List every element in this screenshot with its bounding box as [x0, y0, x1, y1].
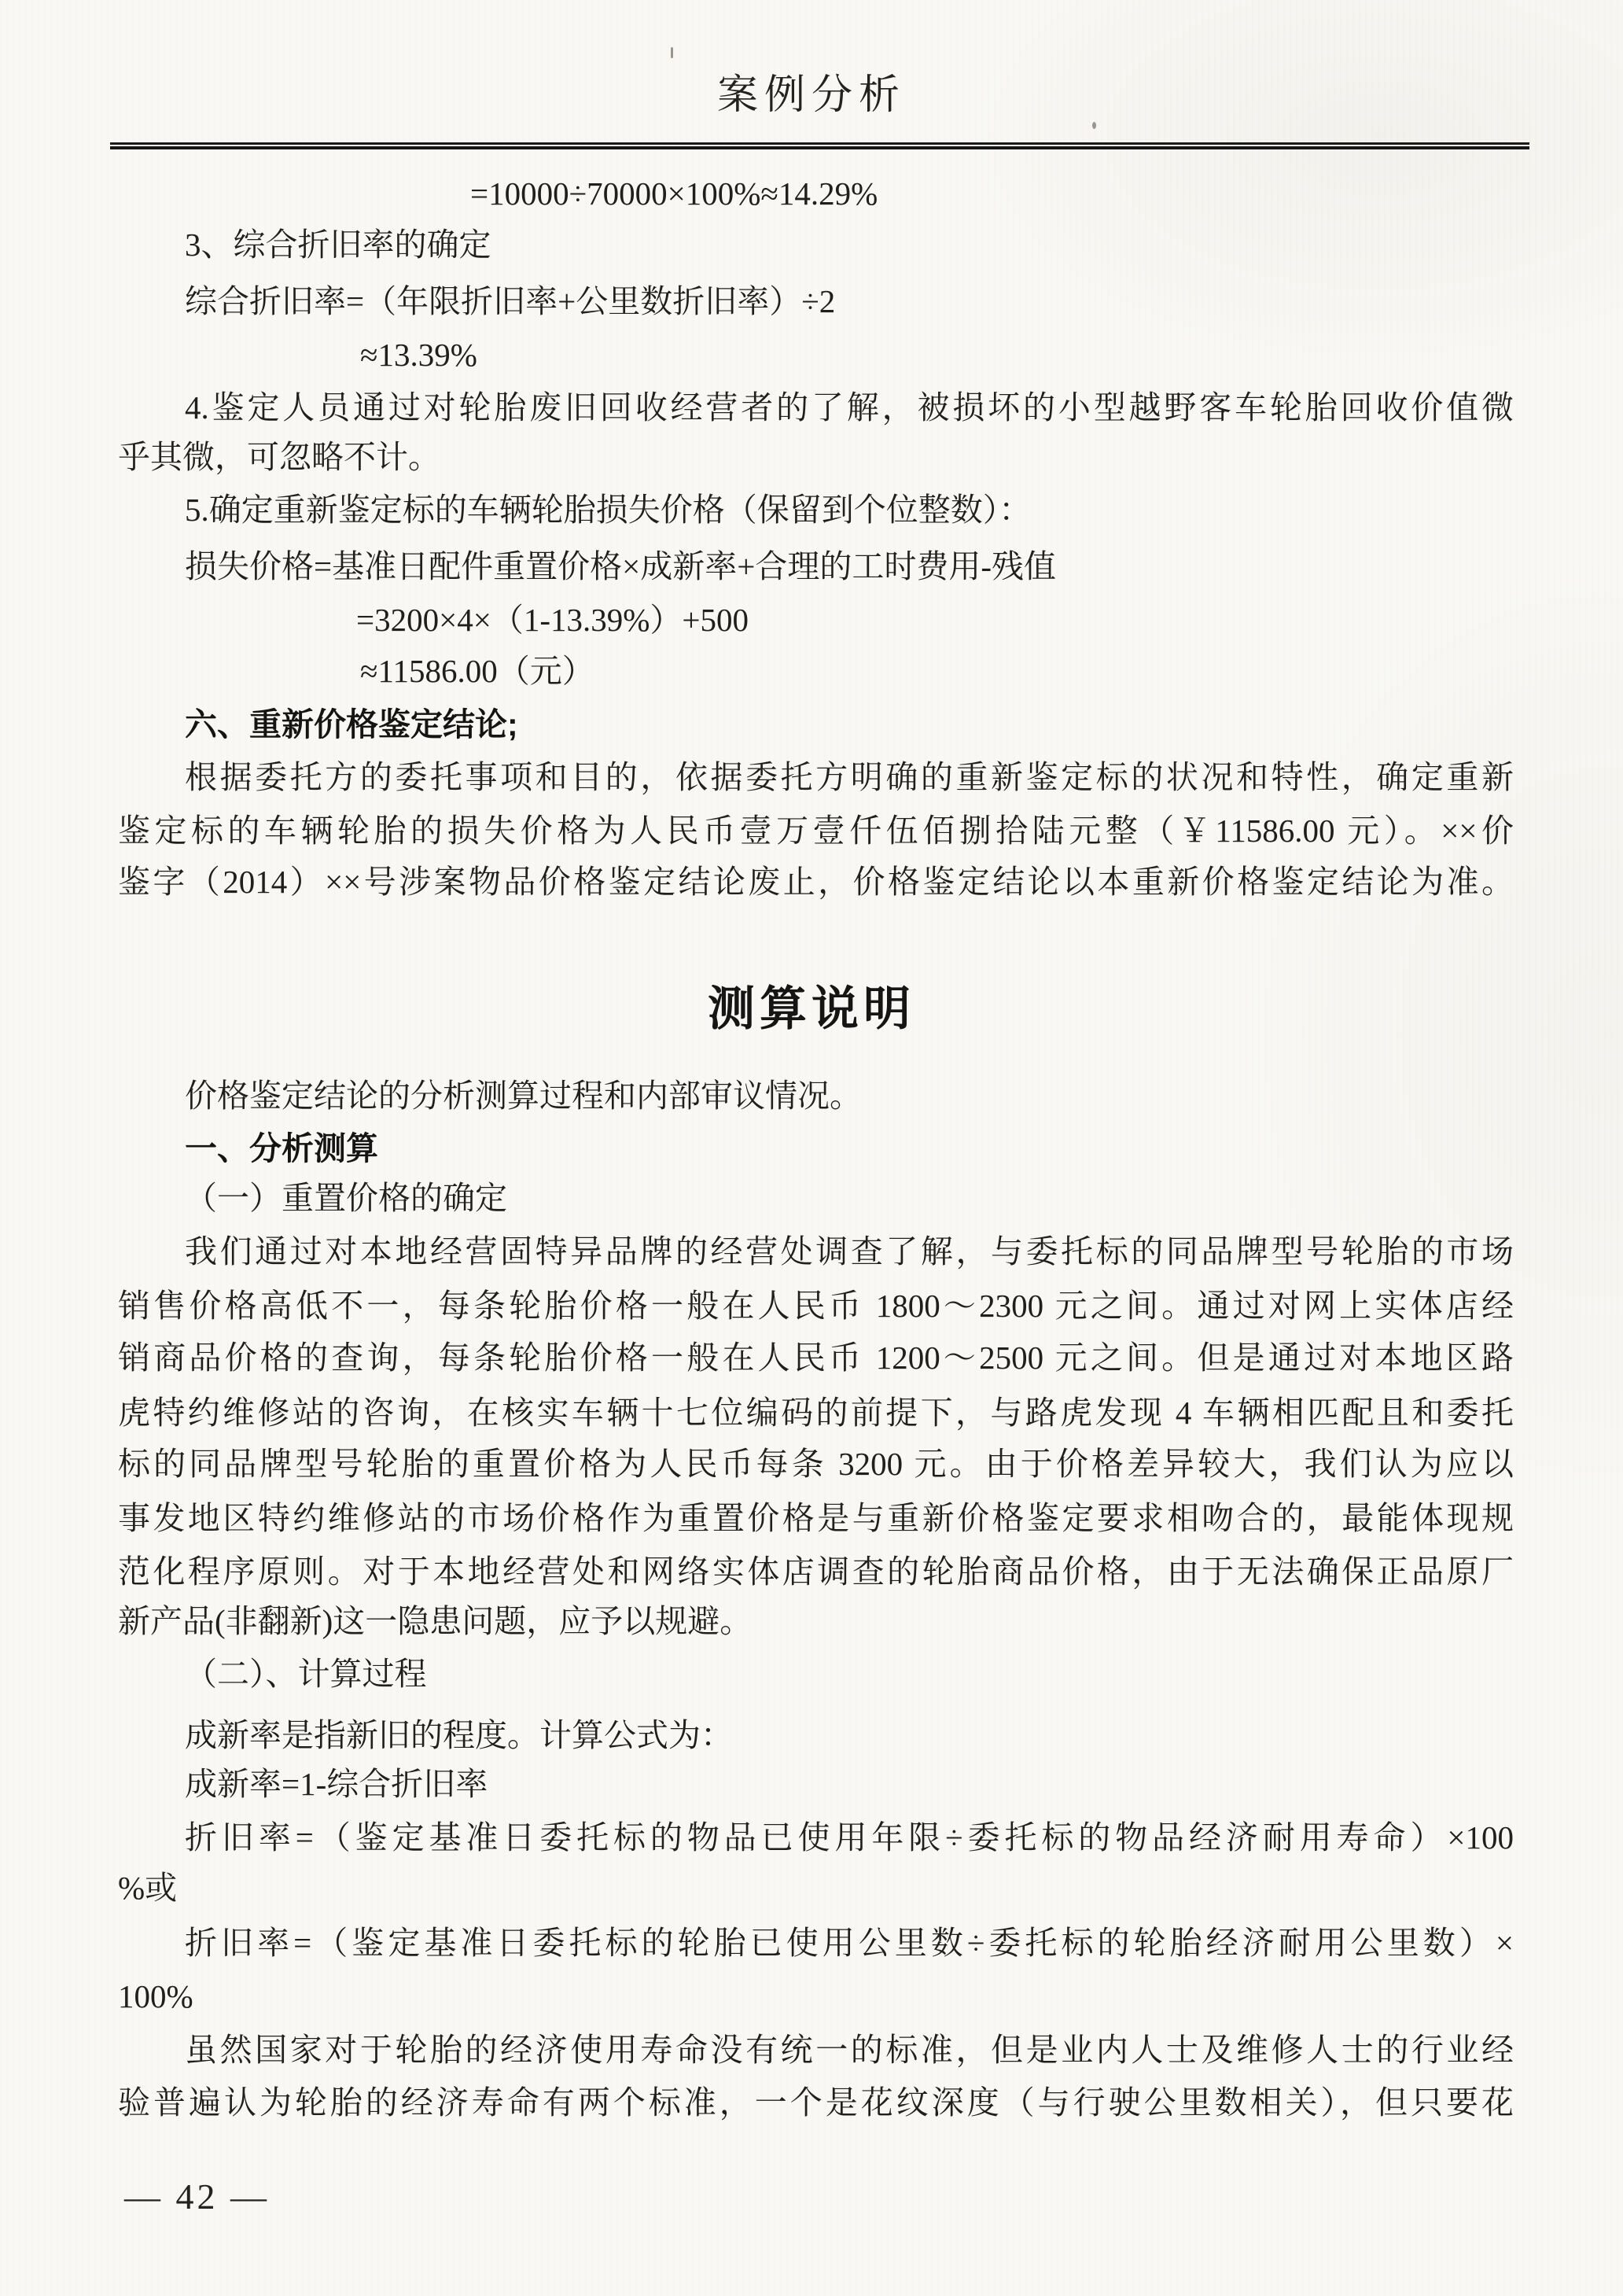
paragraph-line: 鉴定标的车辆轮胎的损失价格为人民币壹万壹仟伍佰捌拾陆元整（￥11586.00 元…	[118, 812, 1514, 851]
formula-line: 折旧率=（鉴定基准日委托标的物品已使用年限÷委托标的物品经济耐用寿命）×100	[185, 1819, 1514, 1858]
paragraph-line: 事发地区特约维修站的市场价格作为重置价格是与重新价格鉴定要求相吻合的，最能体现规	[118, 1499, 1514, 1539]
paragraph-line: 销商品价格的查询，每条轮胎价格一般在人民币 1200～2500 元之间。但是通过…	[118, 1339, 1514, 1378]
paragraph-line: 我们通过对本地经营固特异品牌的经营处调查了解，与委托标的同品牌型号轮胎的市场	[185, 1233, 1514, 1272]
scan-speck	[1092, 122, 1096, 129]
paragraph-line: 验普遍认为轮胎的经济寿命有两个标准，一个是花纹深度（与行驶公里数相关），但只要花	[118, 2084, 1514, 2123]
paragraph-line: 销售价格高低不一，每条轮胎价格一般在人民币 1800～2300 元之间。通过对网…	[118, 1287, 1514, 1326]
paragraph-line: 价格鉴定结论的分析测算过程和内部审议情况。	[185, 1077, 862, 1115]
paragraph-line: 成新率是指新旧的程度。计算公式为：	[185, 1716, 733, 1754]
subsection-heading: （二）、计算过程	[185, 1655, 427, 1693]
paragraph-line: 乎其微，可忽略不计。	[118, 438, 440, 476]
formula-line: 损失价格=基准日配件重置价格×成新率+合理的工时费用-残值	[185, 547, 1056, 585]
paragraph-line: 鉴字（2014）××号涉案物品价格鉴定结论废止，价格鉴定结论以本重新价格鉴定结论…	[118, 863, 1514, 902]
subsection-heading: （一）重置价格的确定	[185, 1179, 507, 1217]
formula-line: =10000÷70000×100%≈14.29%	[470, 175, 878, 212]
formula-line: 成新率=1-综合折旧率	[185, 1765, 488, 1803]
scan-speck	[671, 47, 673, 58]
formula-line: %或	[118, 1869, 177, 1907]
paragraph-line: 虽然国家对于轮胎的经济使用寿命没有统一的标准，但是业内人士及维修人士的行业经	[185, 2031, 1514, 2070]
document-page: 案例分析 =10000÷70000×100%≈14.29% 3、综合折旧率的确定…	[0, 0, 1623, 2296]
formula-line: ≈11586.00（元）	[360, 652, 594, 690]
section-heading-conclusion: 六、重新价格鉴定结论;	[185, 706, 518, 743]
paragraph-line: 范化程序原则。对于本地经营处和网络实体店调查的轮胎商品价格，由于无法确保正品原厂	[118, 1553, 1514, 1592]
paragraph-line: 4.鉴定人员通过对轮胎废旧回收经营者的了解，被损坏的小型越野客车轮胎回收价值微	[185, 389, 1514, 428]
list-item-heading: 3、综合折旧率的确定	[185, 226, 491, 264]
page-number: — 42 —	[124, 2176, 270, 2217]
page-header-title: 案例分析	[0, 72, 1623, 120]
formula-line: 综合折旧率=（年限折旧率+公里数折旧率）÷2	[185, 282, 835, 320]
doc-title-calculation-notes: 测算说明	[0, 982, 1623, 1037]
header-rule	[110, 142, 1529, 149]
paragraph-line: 根据委托方的委托事项和目的，依据委托方明确的重新鉴定标的状况和特性，确定重新	[185, 758, 1514, 798]
section-heading-analysis: 一、分析测算	[185, 1130, 378, 1167]
formula-line: 折旧率=（鉴定基准日委托标的轮胎已使用公里数÷委托标的轮胎经济耐用公里数）×	[185, 1924, 1514, 1963]
formula-line: =3200×4×（1-13.39%）+500	[356, 601, 749, 639]
paragraph-line: 新产品(非翻新)这一隐患问题，应予以规避。	[118, 1602, 752, 1640]
list-item-heading: 5.确定重新鉴定标的车辆轮胎损失价格（保留到个位整数）：	[185, 491, 1031, 529]
formula-line: ≈13.39%	[360, 336, 477, 374]
formula-line: 100%	[118, 1977, 193, 2015]
paragraph-line: 标的同品牌型号轮胎的重置价格为人民币每条 3200 元。由于价格差异较大，我们认…	[118, 1445, 1514, 1484]
paragraph-line: 虎特约维修站的咨询，在核实车辆十七位编码的前提下，与路虎发现 4 车辆相匹配且和…	[118, 1394, 1514, 1433]
